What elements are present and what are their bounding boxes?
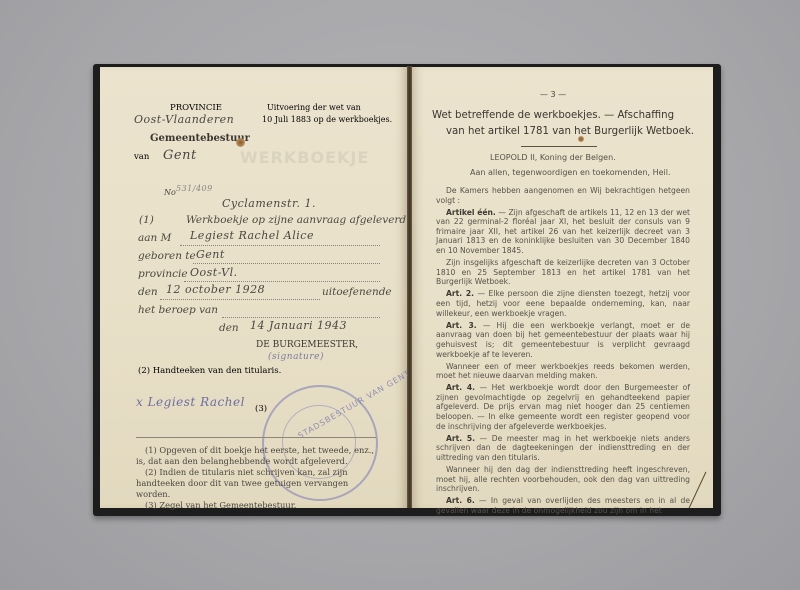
law-note-line2: 10 Juli 1883 op de werkboekjes.	[262, 115, 392, 124]
van-label: van	[134, 152, 149, 162]
provincie2-line	[184, 281, 380, 282]
footnotes: (1) Opgeven of dit boekje het eerste, he…	[136, 445, 384, 511]
issue-date-handwritten: 14 Januari 1943	[250, 319, 347, 332]
geboren-handwritten: Gent	[196, 248, 225, 261]
paragraph-art-3: Art. 3. — Hij die een werkboekje verlang…	[436, 321, 690, 359]
line1-num: (1)	[139, 214, 154, 226]
paragraph-art-4: Art. 4. — Het werkboekje wordt door den …	[436, 383, 690, 431]
handteeken-label: (2) Handteeken van den titularis.	[138, 366, 281, 376]
beroep-label: het beroep van	[138, 304, 218, 316]
gemeentebestuur-label: Gemeentebestuur	[150, 133, 250, 144]
footnote-3: (3) Zegel van het Gemeentebestuur.	[136, 500, 384, 511]
law-note-line1: Uitvoering der wet van	[267, 103, 361, 112]
stain-spot-right	[578, 136, 584, 142]
page-number: — 3 —	[540, 90, 566, 99]
line1-text: Werkboekje op zijne aanvraag afgeleverd	[186, 214, 406, 226]
paragraph: Wanneer hij den dag der indiensttreding …	[436, 465, 690, 494]
van-handwritten: Gent	[163, 148, 197, 163]
number-label: No	[164, 188, 176, 197]
address-handwritten: Cyclamenstr. 1.	[222, 197, 316, 210]
provincie2-label: provincie	[138, 268, 188, 280]
king-line: LEOPOLD II, Koning der Belgen.	[490, 153, 616, 162]
watermark-text: WERKBOEKJE	[240, 148, 369, 167]
title-line1: Wet betreffende de werkboekjes. — Afscha…	[432, 110, 674, 121]
footnote-1: (1) Opgeven of dit boekje het eerste, he…	[136, 445, 384, 467]
uitoefenende-text: uitoefenende	[322, 286, 392, 298]
aan-label: aan M	[138, 232, 171, 244]
paragraph-artikel-1: Artikel één. — Zijn afgeschaft de artike…	[436, 208, 690, 256]
provincie-handwritten: Oost-Vlaanderen	[134, 113, 234, 126]
title-line2: van het artikel 1781 van het Burgerlijk …	[446, 126, 694, 137]
geboren-label: geboren te	[138, 250, 196, 262]
aan-handwritten: Legiest Rachel Alice	[190, 229, 314, 242]
stain-spot	[236, 138, 245, 147]
paragraph: Wanneer een of meer werkboekjes reeds be…	[436, 362, 690, 381]
title-divider	[521, 146, 597, 147]
burgemeester-signature: (signature)	[268, 352, 324, 362]
provincie-label: PROVINCIE	[170, 103, 222, 113]
paragraph-art-2: Art. 2. — Elke persoon die zijne dienste…	[436, 289, 690, 318]
beroep-line	[222, 317, 380, 318]
paragraph-art-5: Art. 5. — De meester mag in het werkboek…	[436, 434, 690, 463]
birth-date-handwritten: 12 october 1928	[166, 283, 265, 296]
stamp-ref: (3)	[255, 404, 267, 414]
holder-signature: x Legiest Rachel	[136, 395, 245, 409]
aan-line	[180, 245, 380, 246]
den-label: den	[138, 286, 158, 298]
number-value: 531/409	[176, 184, 213, 193]
greeting-line: Aan allen, tegenwoordigen en toekomenden…	[470, 168, 671, 177]
footnote-divider	[136, 437, 376, 438]
burgemeester-label: DE BURGEMEESTER,	[256, 340, 358, 350]
provincie2-handwritten: Oost-Vl.	[190, 266, 238, 279]
law-text: De Kamers hebben aangenomen en Wij bekra…	[436, 186, 690, 518]
den-line	[160, 299, 320, 300]
paragraph-art-6: Art. 6. — In geval van overlijden des me…	[436, 496, 690, 515]
paragraph: Zijn insgelijks afgeschaft de keizerlijk…	[436, 258, 690, 287]
paragraph: De Kamers hebben aangenomen en Wij bekra…	[436, 186, 690, 205]
den2-label: den	[219, 322, 239, 334]
footnote-2: (2) Indien de titularis niet schrijven k…	[136, 467, 384, 500]
geboren-line	[193, 263, 380, 264]
